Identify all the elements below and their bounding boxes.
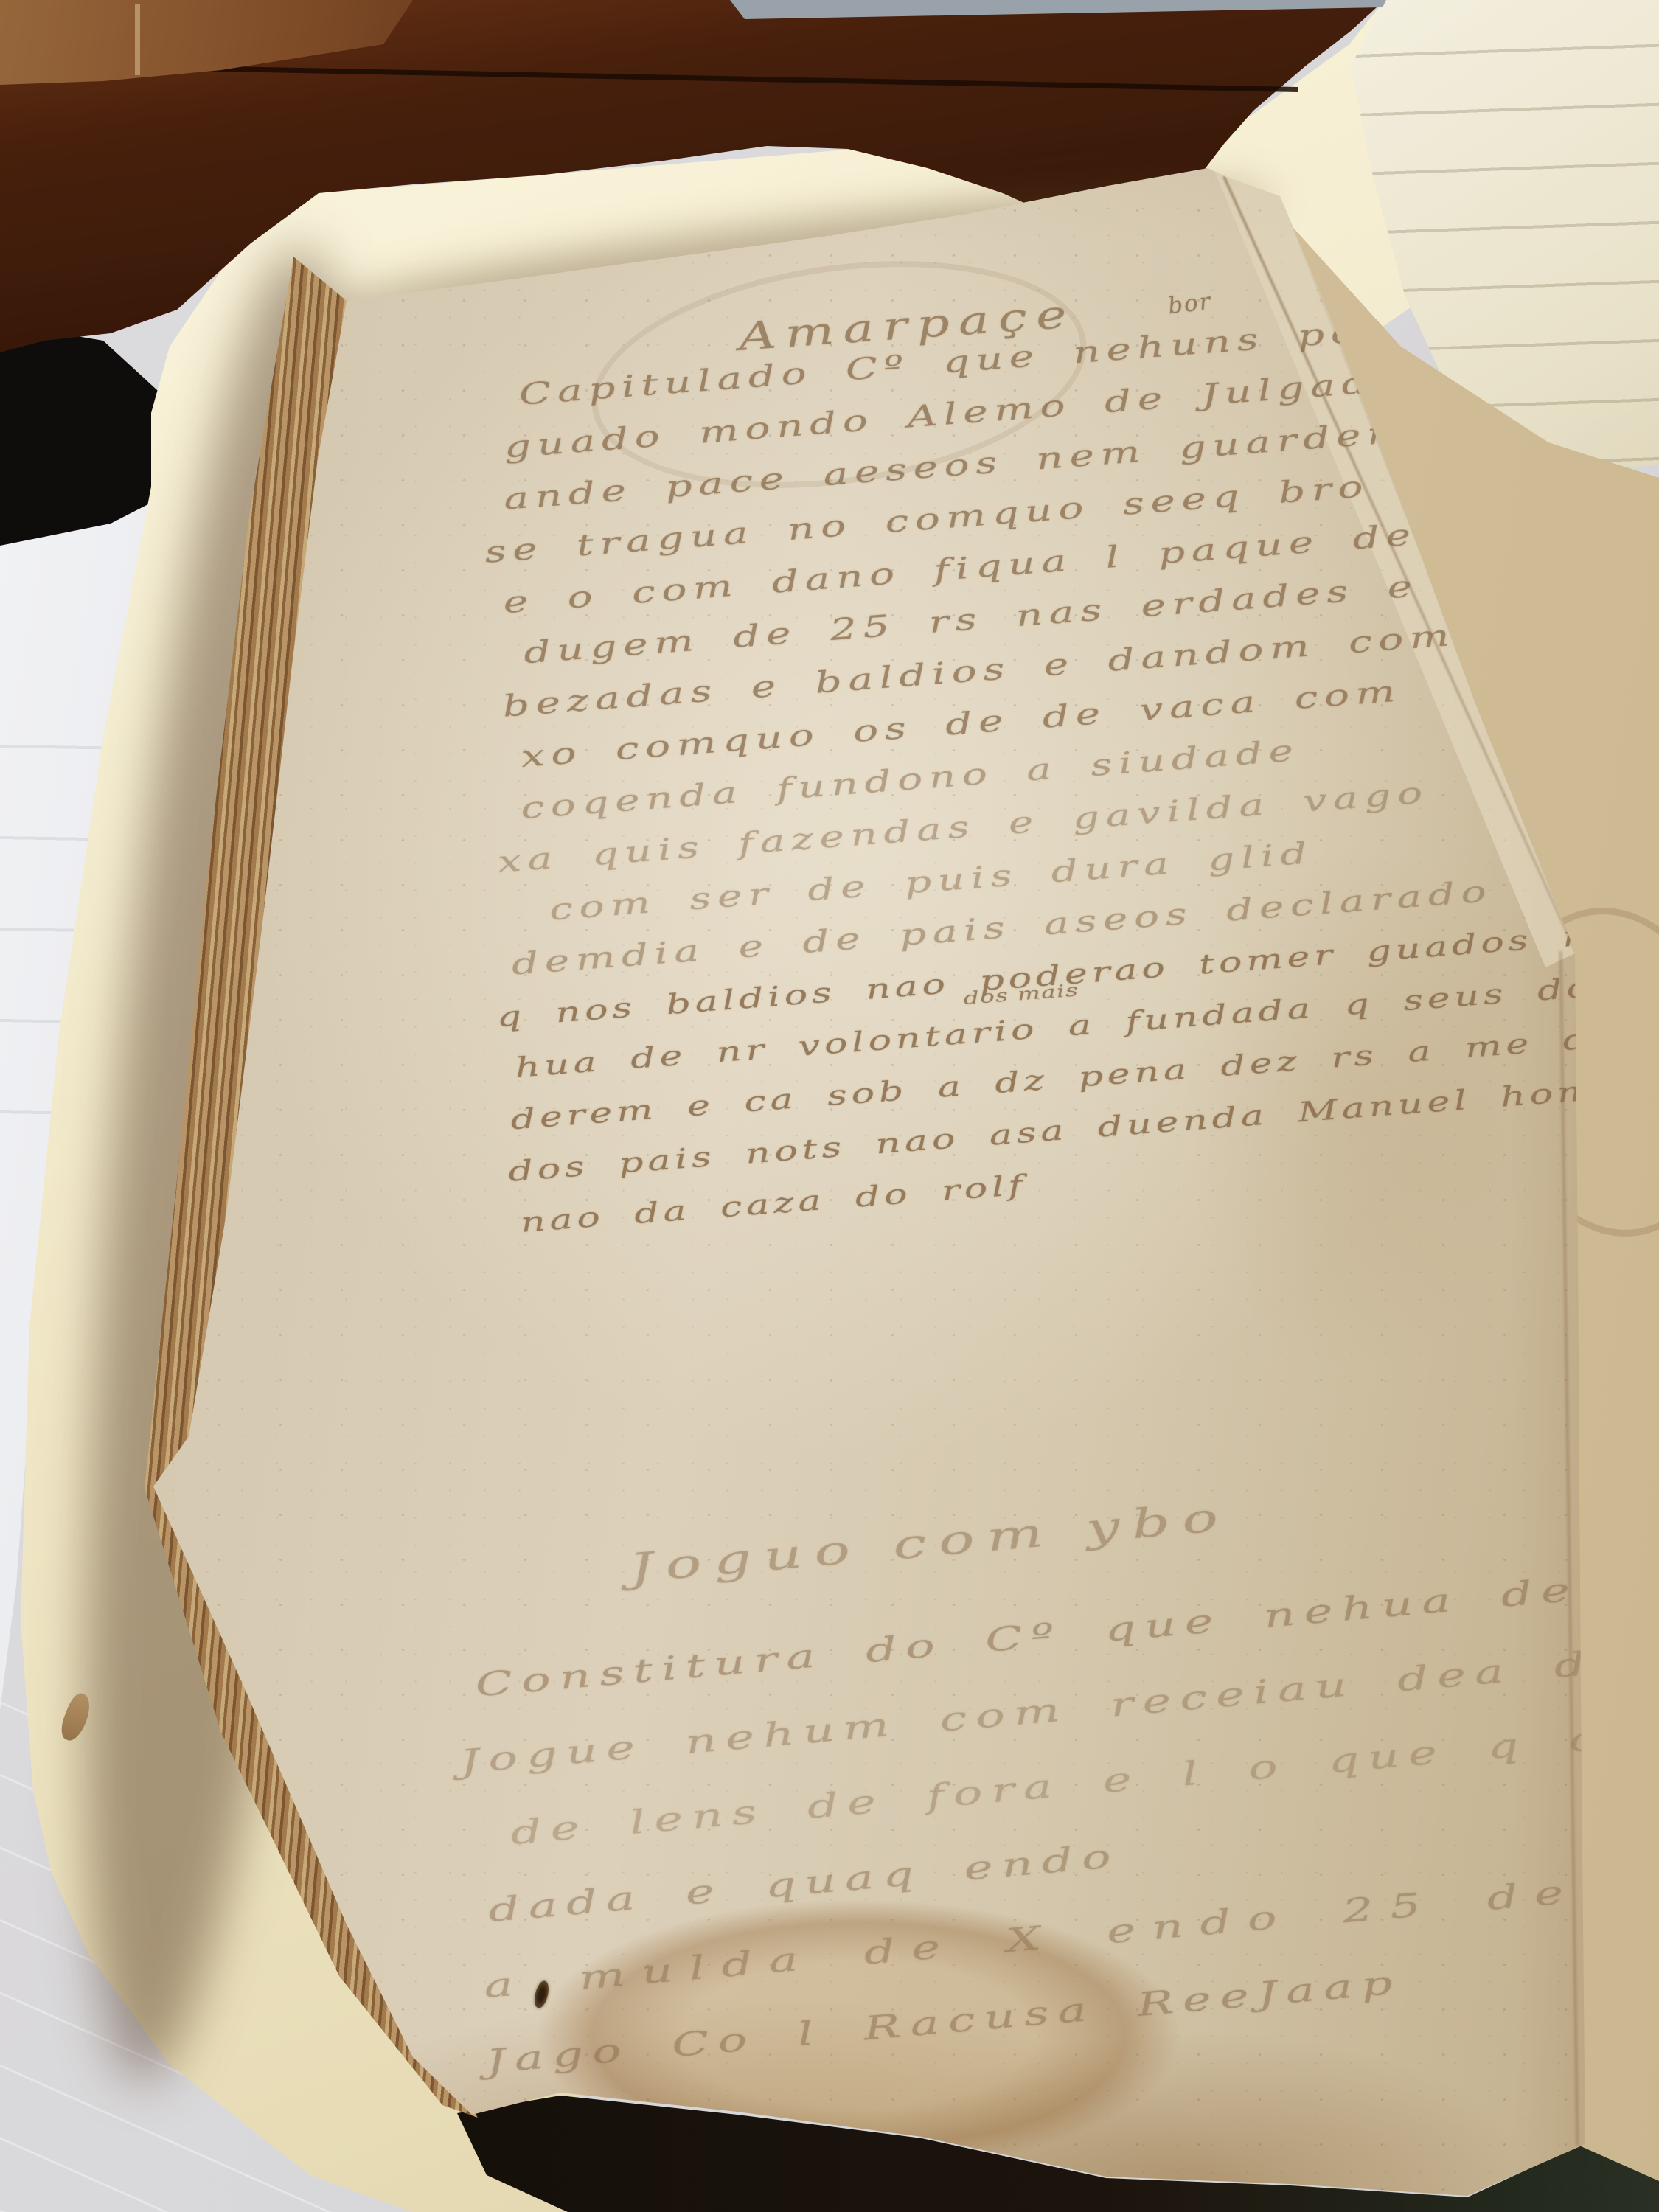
wood-highlight	[135, 4, 140, 75]
corner-annotation: bor	[1166, 288, 1213, 320]
photo-of-manuscript-on-desk: Amarpaçe bor Capitulado Cº que nehuns po…	[0, 0, 1659, 2212]
